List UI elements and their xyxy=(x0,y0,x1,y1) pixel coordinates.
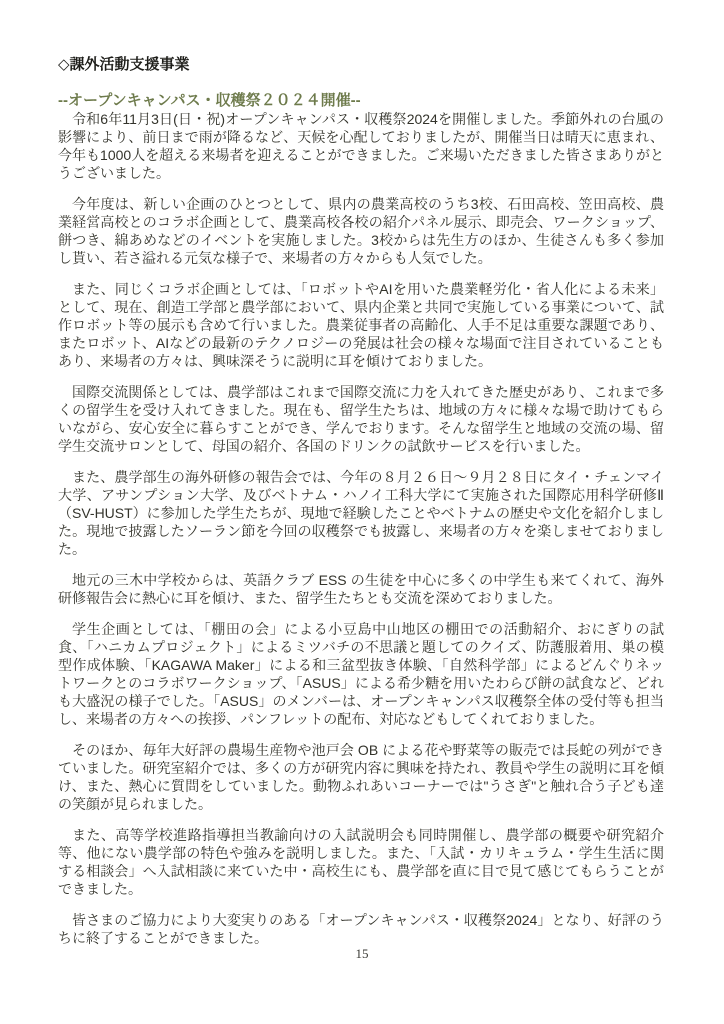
event-headline: --オープンキャンパス・収穫祭２０２４開催-- xyxy=(58,92,664,110)
paragraph-miki-junior-high: 地元の三木中学校からは、英語クラブ ESS の生徒を中心に多くの中学生も来てくれ… xyxy=(58,571,664,607)
body-text: 令和6年11月3日(日・祝)オープンキャンパス・収穫祭2024を開催しました。季… xyxy=(58,110,664,947)
document-page: ◇課外活動支援事業 --オープンキャンパス・収穫祭２０２４開催-- 令和6年11… xyxy=(0,0,724,1024)
paragraph-student-projects: 学生企画としては、「棚田の会」による小豆島中山地区の棚田での活動紹介、おにぎりの… xyxy=(58,620,664,728)
paragraph-agri-highschools: 今年度は、新しい企画のひとつとして、県内の農業高校のうち3校、石田高校、笠田高校… xyxy=(58,195,664,267)
section-title: ◇課外活動支援事業 xyxy=(58,56,664,74)
page-content: ◇課外活動支援事業 --オープンキャンパス・収穫祭２０２４開催-- 令和6年11… xyxy=(58,56,664,960)
paragraph-farm-sales: そのほか、毎年大好評の農場生産物や池戸会 OB による花や野菜等の販売では長蛇の… xyxy=(58,741,664,813)
paragraph-admissions-briefing: また、高等学校進路指導担当教諭向けの入試説明会も同時開催し、農学部の概要や研究紹… xyxy=(58,826,664,898)
paragraph-robot-ai: また、同じくコラボ企画としては、「ロボットやAIを用いた農業軽労化・省人化による… xyxy=(58,280,664,370)
paragraph-intro: 令和6年11月3日(日・祝)オープンキャンパス・収穫祭2024を開催しました。季… xyxy=(58,110,664,182)
paragraph-closing: 皆さまのご協力により大変実りのある「オープンキャンパス・収穫祭2024」となり、… xyxy=(58,911,664,947)
paragraph-international-exchange: 国際交流関係としては、農学部はこれまで国際交流に力を入れてきた歴史があり、これま… xyxy=(58,383,664,455)
paragraph-overseas-training: また、農学部生の海外研修の報告会では、今年の８月２６日～９月２８日にタイ・チェン… xyxy=(58,468,664,558)
page-number: 15 xyxy=(0,946,724,962)
